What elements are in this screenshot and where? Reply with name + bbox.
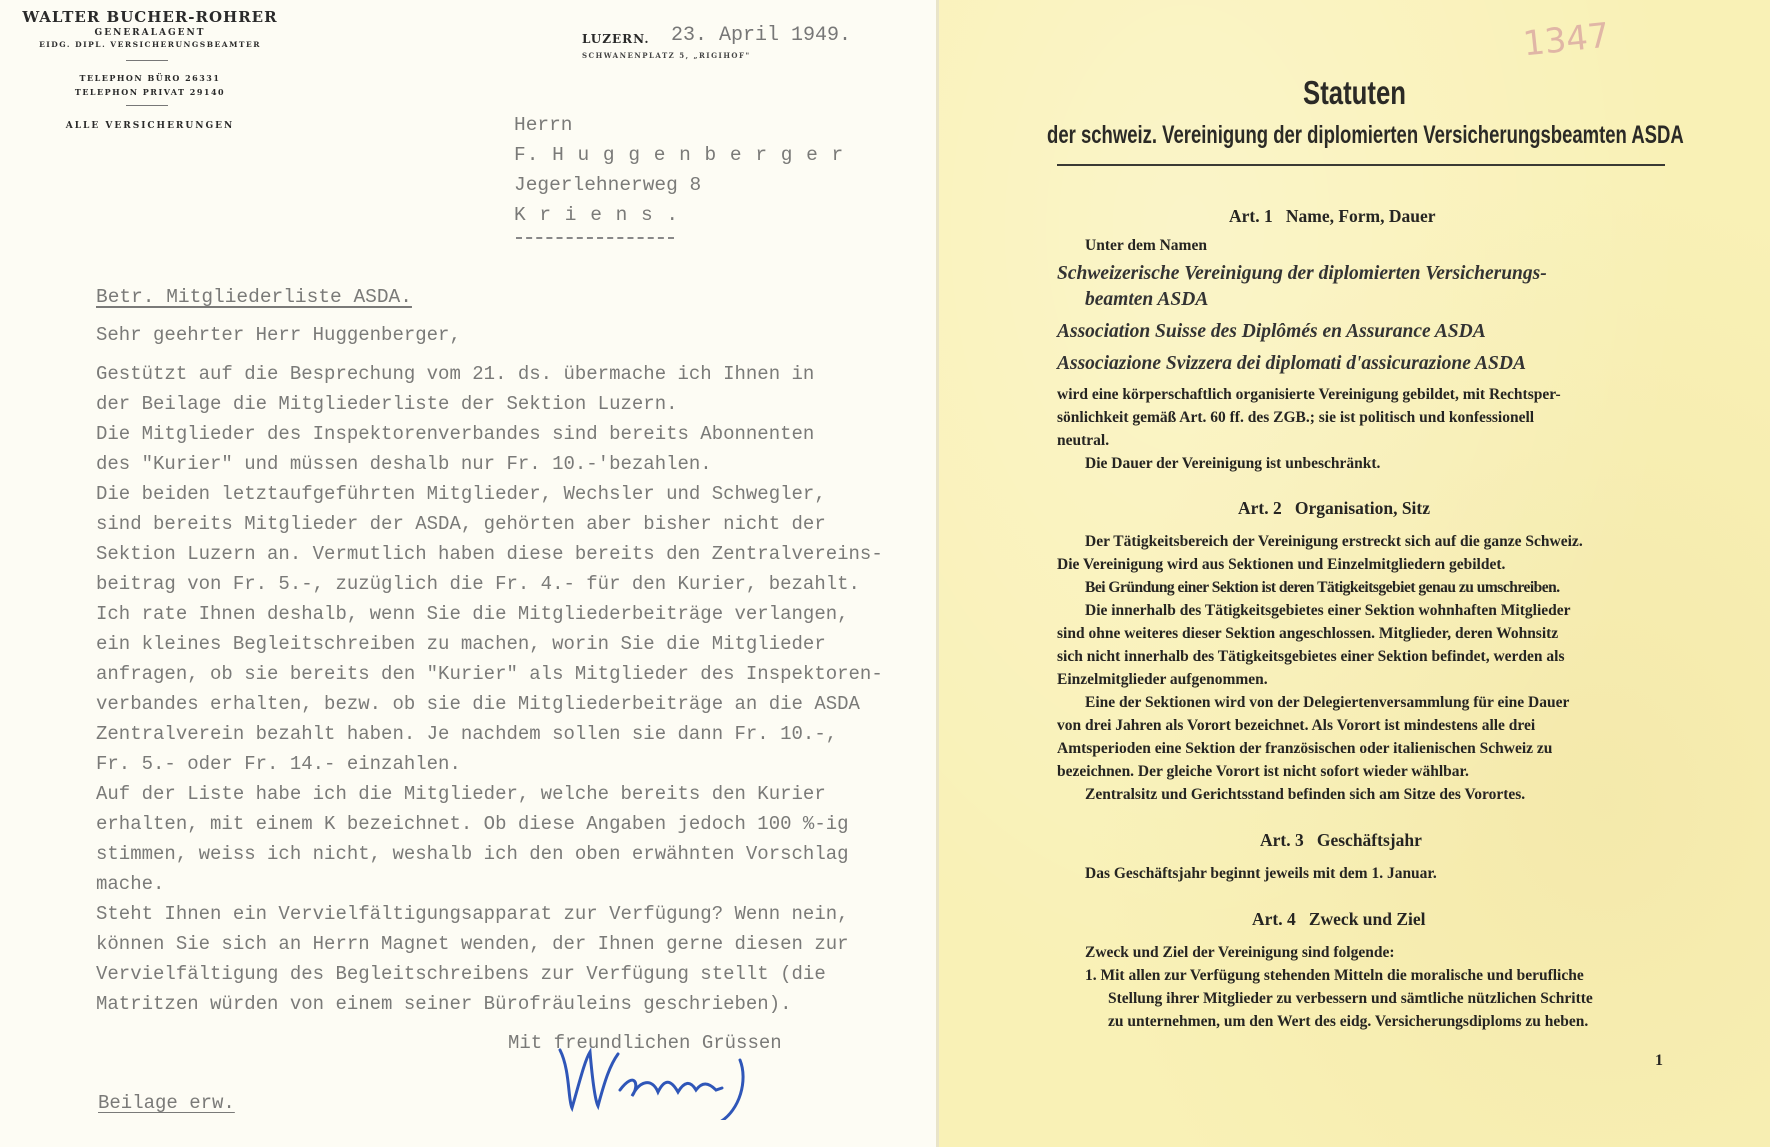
body-line: Steht Ihnen ein Vervielfältigungsapparat… (96, 903, 849, 925)
article-text: Einzelmitglieder aufgenommen. (1057, 668, 1268, 691)
body-line: Fr. 5.- oder Fr. 14.- einzahlen. (96, 753, 461, 775)
article-text: Stellung ihrer Mitglieder zu verbessern … (1108, 987, 1593, 1010)
body-line: Die Mitglieder des Inspektorenverbandes … (96, 423, 814, 445)
letterhead-phone-office: TELEPHON BÜRO 26331 (40, 73, 260, 83)
body-line: des "Kurier" und müssen deshalb nur Fr. … (96, 453, 712, 475)
association-name-it: Associazione Svizzera dei diplomati d'as… (1057, 353, 1526, 375)
letter-subject: Betr. Mitgliederliste ASDA. (96, 286, 412, 308)
body-line: Matritzen würden von einem seiner Bürofr… (96, 993, 792, 1015)
article-text: neutral. (1057, 429, 1109, 452)
association-name-de: Schweizerische Vereinigung der diplomier… (1057, 263, 1547, 285)
pencil-annotation: 1347 (1521, 16, 1611, 65)
body-line: verbandes erhalten, bezw. ob sie die Mit… (96, 693, 860, 715)
recipient-line: F. H u g g e n b e r g e r (514, 140, 844, 170)
article-text: zu unternehmen, um den Wert des eidg. Ve… (1108, 1010, 1588, 1033)
article-text: von drei Jahren als Vorort bezeichnet. A… (1057, 714, 1535, 737)
letterhead-city: LUZERN. (582, 32, 650, 46)
page-number: 1 (1655, 1052, 1663, 1070)
article-text: Bei Gründung einer Sektion ist deren Tät… (1085, 576, 1560, 599)
body-line: erhalten, mit einem K bezeichnet. Ob die… (96, 813, 849, 835)
article-text: Der Tätigkeitsbereich der Vereinigung er… (1085, 530, 1583, 553)
article-heading: Art. 4 Zweck und Ziel (1252, 909, 1426, 930)
body-line: beitrag von Fr. 5.-, zuzüglich die Fr. 4… (96, 573, 860, 595)
letter-salutation: Sehr geehrter Herr Huggenberger, (96, 324, 461, 346)
statute-page: 1347 Statuten der schweiz. Vereinigung d… (939, 0, 1770, 1147)
recipient-line: K r i e n s . (514, 200, 679, 230)
recipient-underline (516, 237, 674, 241)
article-text: Zweck und Ziel der Vereinigung sind folg… (1085, 941, 1395, 964)
article-text: bezeichnen. Der gleiche Vorort ist nicht… (1057, 760, 1469, 783)
article-text: wird eine körperschaftlich organisierte … (1057, 383, 1561, 406)
article-heading: Art. 2 Organisation, Sitz (1238, 498, 1430, 519)
title-rule (1057, 164, 1665, 166)
letterhead-divider (126, 60, 168, 61)
body-line: der Beilage die Mitgliederliste der Sekt… (96, 393, 678, 415)
article-text: Die Vereinigung wird aus Sektionen und E… (1057, 553, 1505, 576)
body-line: Die beiden letztaufgeführten Mitglieder,… (96, 483, 826, 505)
recipient-line: Herrn (514, 110, 573, 140)
article-text: Die Dauer der Vereinigung ist unbeschrän… (1085, 452, 1380, 475)
article-text: Amtsperioden eine Sektion der französisc… (1057, 737, 1552, 760)
body-line: anfragen, ob sie bereits den "Kurier" al… (96, 663, 883, 685)
letterhead-name: WALTER BUCHER-ROHRER (10, 8, 290, 26)
body-line: können Sie sich an Herrn Magnet wenden, … (96, 933, 849, 955)
article-heading: Art. 1 Name, Form, Dauer (1229, 206, 1436, 227)
article-heading: Art. 3 Geschäftsjahr (1260, 830, 1422, 851)
letterhead-phone-private: TELEPHON PRIVAT 29140 (40, 87, 260, 97)
article-text: Die innerhalb des Tätigkeitsgebietes ein… (1085, 599, 1571, 622)
letter-page: WALTER BUCHER-ROHRER GENERALAGENT EIDG. … (0, 0, 936, 1147)
body-line: sind bereits Mitglieder der ASDA, gehört… (96, 513, 826, 535)
body-line: mache. (96, 873, 164, 895)
statute-title: Statuten (1030, 74, 1678, 112)
body-line: Zentralverein bezahlt haben. Je nachdem … (96, 723, 837, 745)
association-name-fr: Association Suisse des Diplômés en Assur… (1057, 321, 1486, 343)
article-text: sönlichkeit gemäß Art. 60 ff. des ZGB.; … (1057, 406, 1534, 429)
signature-icon (540, 1030, 790, 1120)
association-name-de-cont: beamten ASDA (1085, 289, 1208, 311)
body-line: Vervielfältigung des Begleitschreibens z… (96, 963, 826, 985)
letter-date: 23. April 1949. (671, 24, 851, 47)
article-text: Unter dem Namen (1085, 234, 1207, 257)
letterhead-title: GENERALAGENT (10, 28, 290, 38)
article-text: 1. Mit allen zur Verfügung stehenden Mit… (1085, 964, 1584, 987)
body-line: Ich rate Ihnen deshalb, wenn Sie die Mit… (96, 603, 849, 625)
article-text: sind ohne weiteres dieser Sektion angesc… (1057, 622, 1558, 645)
letterhead-qualification: EIDG. DIPL. VERSICHERUNGSBEAMTER (10, 40, 290, 49)
body-line: Auf der Liste habe ich die Mitglieder, w… (96, 783, 826, 805)
article-text: Eine der Sektionen wird von der Delegier… (1085, 691, 1569, 714)
body-line: Gestützt auf die Besprechung vom 21. ds.… (96, 363, 814, 385)
letterhead-tagline: ALLE VERSICHERUNGEN (30, 121, 270, 131)
letterhead-address: SCHWANENPLATZ 5, „RIGIHOF" (582, 51, 751, 60)
statute-subtitle: der schweiz. Vereinigung der diplomierte… (1047, 121, 1662, 150)
letter-enclosure: Beilage erw. (98, 1092, 235, 1114)
body-line: stimmen, weiss ich nicht, weshalb ich de… (96, 843, 849, 865)
article-text: sich nicht innerhalb des Tätigkeitsgebie… (1057, 645, 1565, 668)
article-text: Zentralsitz und Gerichtsstand befinden s… (1085, 783, 1525, 806)
body-line: ein kleines Begleitschreiben zu machen, … (96, 633, 826, 655)
article-text: Das Geschäftsjahr beginnt jeweils mit de… (1085, 862, 1437, 885)
body-line: Sektion Luzern an. Vermutlich haben dies… (96, 543, 883, 565)
letterhead-divider (126, 105, 168, 106)
recipient-line: Jegerlehnerweg 8 (514, 170, 701, 200)
